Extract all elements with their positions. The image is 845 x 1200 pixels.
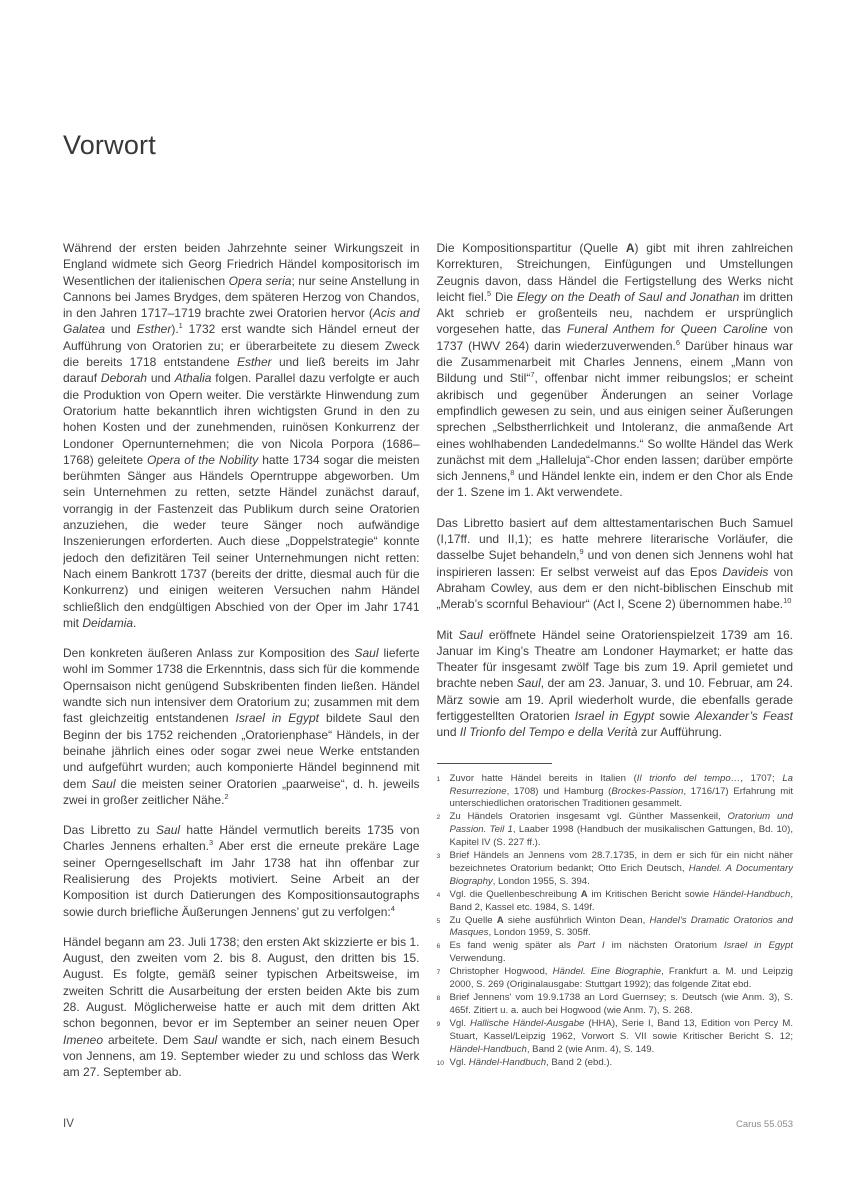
two-column-body: Während der ersten beiden Jahrzehnte sei… (63, 240, 793, 1135)
footnote: 7 Christopher Hogwood, Händel. Eine Biog… (437, 966, 794, 992)
footnote-number: 10 (437, 1057, 450, 1071)
left-column: Während der ersten beiden Jahrzehnte sei… (63, 240, 420, 1135)
footnote: 1 Zuvor hatte Händel bereits in Italien … (437, 773, 794, 812)
footnote-text: Vgl. Hallische Händel-Ausgabe (HHA), Ser… (450, 1018, 794, 1057)
footnote: 5 Zu Quelle A siehe ausführlich Winton D… (437, 915, 794, 941)
right-column: Die Kompositionspartitur (Quelle A) gibt… (437, 240, 794, 1135)
footnote-text: Zu Quelle A siehe ausführlich Winton Dea… (450, 915, 794, 941)
footnote-number: 6 (437, 940, 450, 954)
page-number: IV (63, 1118, 74, 1130)
footnote-text: Brief Jennens’ vom 19.9.1738 an Lord Gue… (450, 992, 794, 1018)
footnote: 4 Vgl. die Quellenbeschreibung A im Krit… (437, 889, 794, 915)
footnote: 6 Es fand wenig später als Part I im näc… (437, 940, 794, 966)
paragraph: Während der ersten beiden Jahrzehnte sei… (63, 240, 420, 631)
footnotes-block: 1 Zuvor hatte Händel bereits in Italien … (437, 773, 794, 1071)
footnote: 9 Vgl. Hallische Händel-Ausgabe (HHA), S… (437, 1018, 794, 1057)
footnote-text: Vgl. die Quellenbeschreibung A im Kritis… (450, 889, 794, 915)
footnote: 10 Vgl. Händel-Handbuch, Band 2 (ebd.). (437, 1057, 794, 1071)
footnote-text: Brief Händels an Jennens vom 28.7.1735, … (450, 850, 794, 889)
footnote-text: Es fand wenig später als Part I im nächs… (450, 940, 794, 966)
footnote-number: 4 (437, 889, 450, 903)
footnote-separator (437, 763, 552, 764)
page-title: Vorwort (63, 132, 793, 159)
publisher-catalog-number: Carus 55.053 (736, 1119, 793, 1130)
footnote-number: 2 (437, 811, 450, 825)
footnote-number: 7 (437, 966, 450, 980)
paragraph: Die Kompositionspartitur (Quelle A) gibt… (437, 240, 794, 501)
footnote-number: 9 (437, 1018, 450, 1032)
paragraph: Das Libretto zu Saul hatte Händel vermut… (63, 822, 420, 920)
paragraph: Mit Saul eröffnete Händel seine Oratorie… (437, 627, 794, 741)
footnote: 3 Brief Händels an Jennens vom 28.7.1735… (437, 850, 794, 889)
footnote-text: Vgl. Händel-Handbuch, Band 2 (ebd.). (450, 1057, 794, 1070)
footnote-number: 1 (437, 773, 450, 787)
paragraph: Den konkreten äußeren Anlass zur Komposi… (63, 645, 420, 808)
footnote-text: Zu Händels Oratorien insgesamt vgl. Günt… (450, 811, 794, 850)
paragraph: Händel begann am 23. Juli 1738; den erst… (63, 934, 420, 1081)
footnote: 8 Brief Jennens’ vom 19.9.1738 an Lord G… (437, 992, 794, 1018)
paragraph: Das Libretto basiert auf dem alttestamen… (437, 515, 794, 613)
footnote: 2 Zu Händels Oratorien insgesamt vgl. Gü… (437, 811, 794, 850)
footnote-text: Christopher Hogwood, Händel. Eine Biogra… (450, 966, 794, 992)
document-page: Vorwort Während der ersten beiden Jahrze… (0, 0, 845, 1200)
footnote-text: Zuvor hatte Händel bereits in Italien (I… (450, 773, 794, 812)
footnote-number: 3 (437, 850, 450, 864)
footnote-number: 8 (437, 992, 450, 1006)
footnote-number: 5 (437, 915, 450, 929)
page-footer: IV Carus 55.053 (63, 1118, 793, 1130)
